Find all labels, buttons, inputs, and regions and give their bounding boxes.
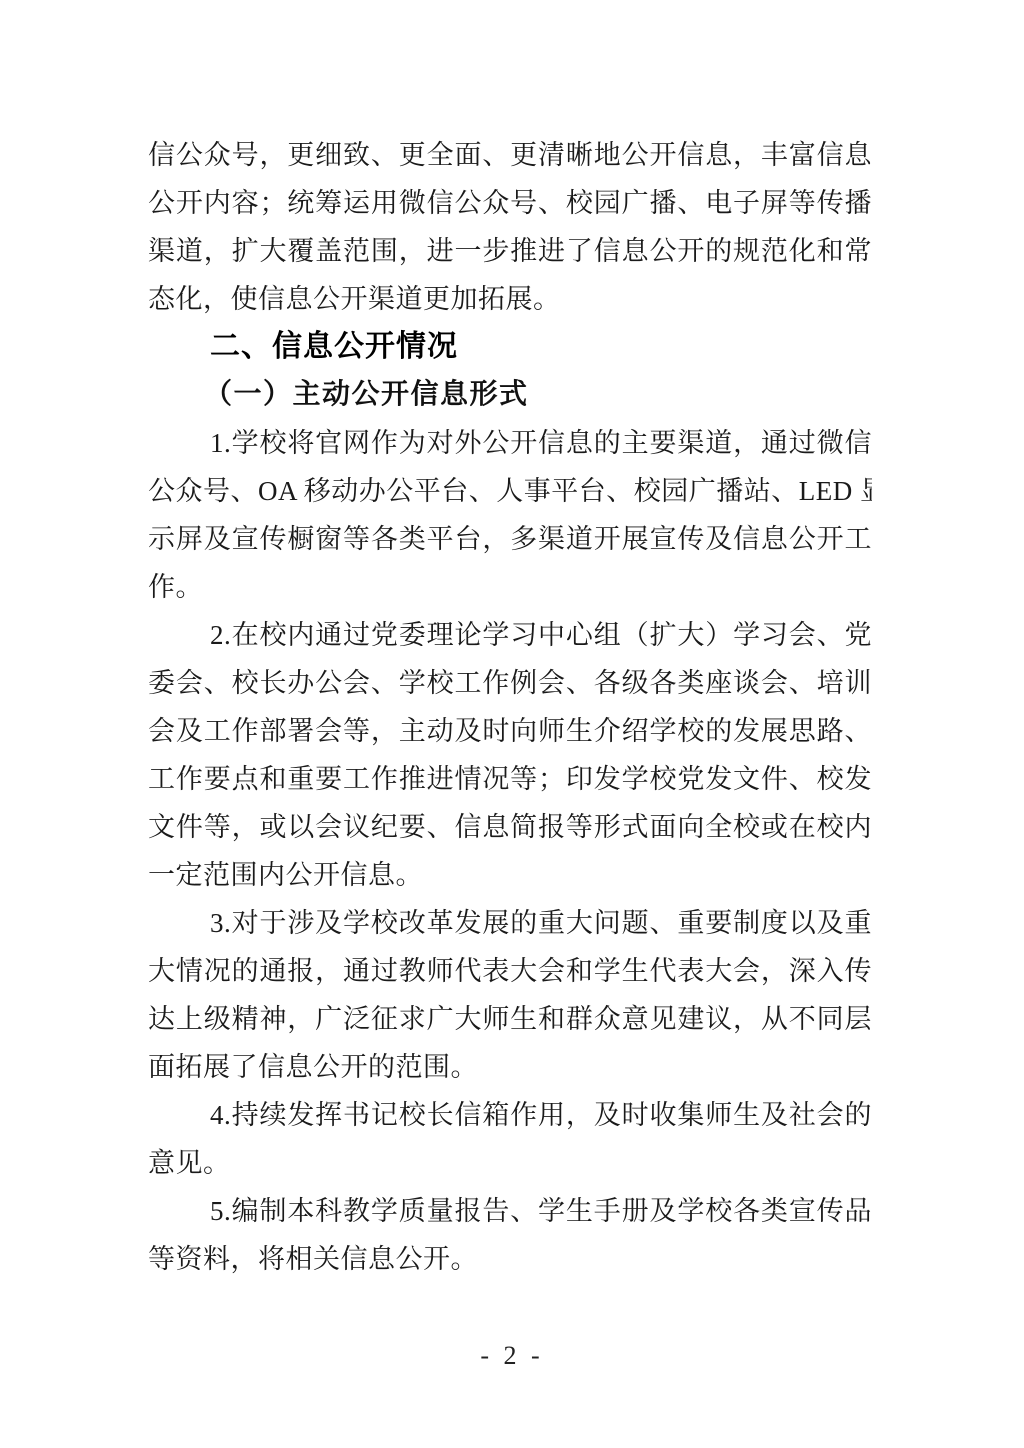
- numbered-paragraph-1: 1.学校将官网作为对外公开信息的主要渠道，通过微信 公众号、OA 移动办公平台、…: [148, 419, 872, 611]
- text-line: 1.学校将官网作为对外公开信息的主要渠道，通过微信: [148, 419, 872, 467]
- text-line: 大情况的通报，通过教师代表大会和学生代表大会，深入传: [148, 947, 872, 995]
- text-line: 意见。: [148, 1139, 872, 1187]
- text-line: 达上级精神，广泛征求广大师生和群众意见建议，从不同层: [148, 995, 872, 1043]
- page-number: - 2 -: [0, 1341, 1024, 1371]
- subsection-heading: （一）主动公开信息形式: [148, 371, 872, 419]
- document-page: 信公众号，更细致、更全面、更清晰地公开信息，丰富信息 公开内容；统筹运用微信公众…: [0, 0, 1024, 1448]
- numbered-paragraph-2: 2.在校内通过党委理论学习中心组（扩大）学习会、党 委会、校长办公会、学校工作例…: [148, 611, 872, 899]
- text-line: 公众号、OA 移动办公平台、人事平台、校园广播站、LED 显: [148, 467, 872, 515]
- text-line: 4.持续发挥书记校长信箱作用，及时收集师生及社会的: [148, 1091, 872, 1139]
- section-heading: 二、信息公开情况: [148, 323, 872, 371]
- text-line: 5.编制本科教学质量报告、学生手册及学校各类宣传品: [148, 1187, 872, 1235]
- text-line: 示屏及宣传橱窗等各类平台，多渠道开展宣传及信息公开工: [148, 515, 872, 563]
- text-line: 委会、校长办公会、学校工作例会、各级各类座谈会、培训: [148, 659, 872, 707]
- document-text-block: 信公众号，更细致、更全面、更清晰地公开信息，丰富信息 公开内容；统筹运用微信公众…: [148, 131, 872, 1283]
- numbered-paragraph-4: 4.持续发挥书记校长信箱作用，及时收集师生及社会的 意见。: [148, 1091, 872, 1187]
- numbered-paragraph-3: 3.对于涉及学校改革发展的重大问题、重要制度以及重 大情况的通报，通过教师代表大…: [148, 899, 872, 1091]
- text-line: 信公众号，更细致、更全面、更清晰地公开信息，丰富信息: [148, 131, 872, 179]
- text-line: 工作要点和重要工作推进情况等；印发学校党发文件、校发: [148, 755, 872, 803]
- text-line: 公开内容；统筹运用微信公众号、校园广播、电子屏等传播: [148, 179, 872, 227]
- text-line: 作。: [148, 563, 872, 611]
- text-line: 等资料，将相关信息公开。: [148, 1235, 872, 1283]
- numbered-paragraph-5: 5.编制本科教学质量报告、学生手册及学校各类宣传品 等资料，将相关信息公开。: [148, 1187, 872, 1283]
- text-line: 3.对于涉及学校改革发展的重大问题、重要制度以及重: [148, 899, 872, 947]
- text-line: 文件等，或以会议纪要、信息简报等形式面向全校或在校内: [148, 803, 872, 851]
- text-line: 2.在校内通过党委理论学习中心组（扩大）学习会、党: [148, 611, 872, 659]
- text-line: 一定范围内公开信息。: [148, 851, 872, 899]
- text-line: 面拓展了信息公开的范围。: [148, 1043, 872, 1091]
- text-line: 态化，使信息公开渠道更加拓展。: [148, 275, 872, 323]
- continuation-paragraph: 信公众号，更细致、更全面、更清晰地公开信息，丰富信息 公开内容；统筹运用微信公众…: [148, 131, 872, 323]
- text-line: 会及工作部署会等，主动及时向师生介绍学校的发展思路、: [148, 707, 872, 755]
- text-line: 渠道，扩大覆盖范围，进一步推进了信息公开的规范化和常: [148, 227, 872, 275]
